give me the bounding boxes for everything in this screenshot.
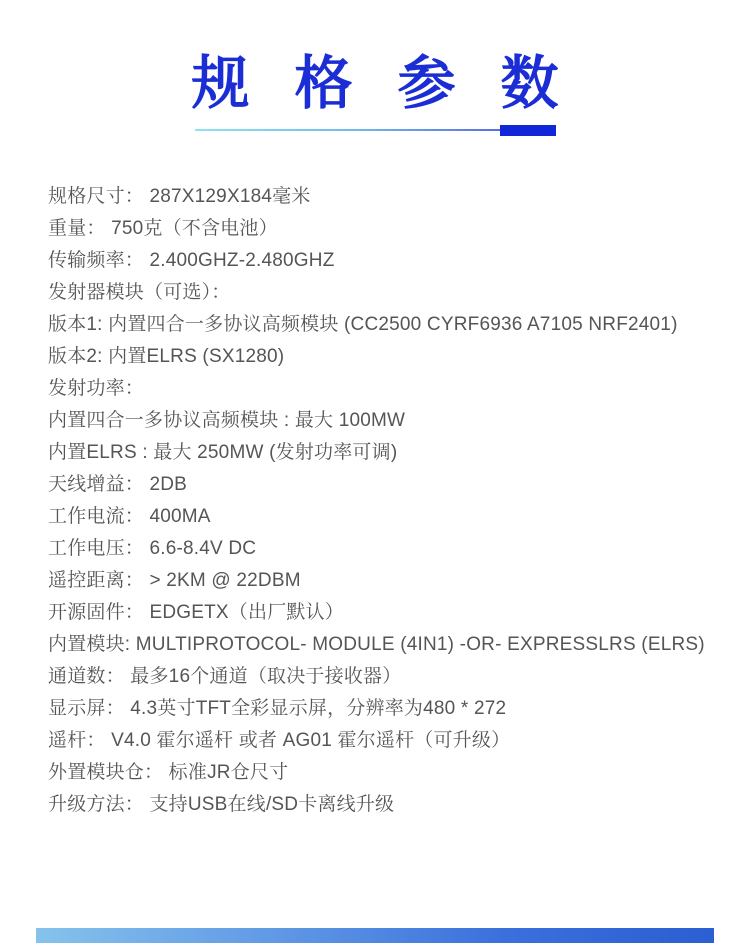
page-title: 规格参数 — [191, 50, 603, 118]
spec-line: 工作电压： 6.6-8.4V DC — [48, 533, 720, 565]
spec-line: 传输频率： 2.400GHZ-2.480GHZ — [48, 245, 720, 277]
spec-list: 规格尺寸： 287X129X184毫米重量： 750克（不含电池）传输频率： 2… — [0, 181, 750, 821]
title-underline — [195, 124, 556, 137]
spec-line: 外置模块仓： 标准JR仓尺寸 — [48, 757, 720, 789]
spec-line: 内置模块: MULTIPROTOCOL- MODULE (4IN1) -OR- … — [48, 629, 720, 661]
spec-line: 发射功率： — [48, 373, 720, 405]
spec-line: 开源固件： EDGETX（出厂默认） — [48, 597, 720, 629]
spec-line: 通道数： 最多16个通道（取决于接收器） — [48, 661, 720, 693]
spec-line: 发射器模块（可选）： — [48, 277, 720, 309]
spec-line: 重量： 750克（不含电池） — [48, 213, 720, 245]
title-section: 规格参数 — [0, 0, 750, 137]
spec-sheet-page: 规格参数 规格尺寸： 287X129X184毫米重量： 750克（不含电池）传输… — [0, 0, 750, 949]
spec-line: 升级方法： 支持USB在线/SD卡离线升级 — [48, 789, 720, 821]
spec-line: 规格尺寸： 287X129X184毫米 — [48, 181, 720, 213]
spec-line: 内置四合一多协议高频模块 : 最大 100MW — [48, 405, 720, 437]
spec-line: 工作电流： 400MA — [48, 501, 720, 533]
footer-divider-bar — [36, 928, 714, 943]
spec-line: 天线增益： 2DB — [48, 469, 720, 501]
spec-line: 内置ELRS : 最大 250MW (发射功率可调) — [48, 437, 720, 469]
spec-line: 遥杆： V4.0 霍尔遥杆 或者 AG01 霍尔遥杆（可升级） — [48, 725, 720, 757]
spec-line: 版本1: 内置四合一多协议高频模块 (CC2500 CYRF6936 A7105… — [48, 309, 720, 341]
underline-accent-block — [500, 125, 556, 136]
spec-line: 遥控距离： > 2KM @ 22DBM — [48, 565, 720, 597]
spec-line: 显示屏： 4.3英寸TFT全彩显示屏，分辨率为480 * 272 — [48, 693, 720, 725]
spec-line: 版本2: 内置ELRS (SX1280) — [48, 341, 720, 373]
